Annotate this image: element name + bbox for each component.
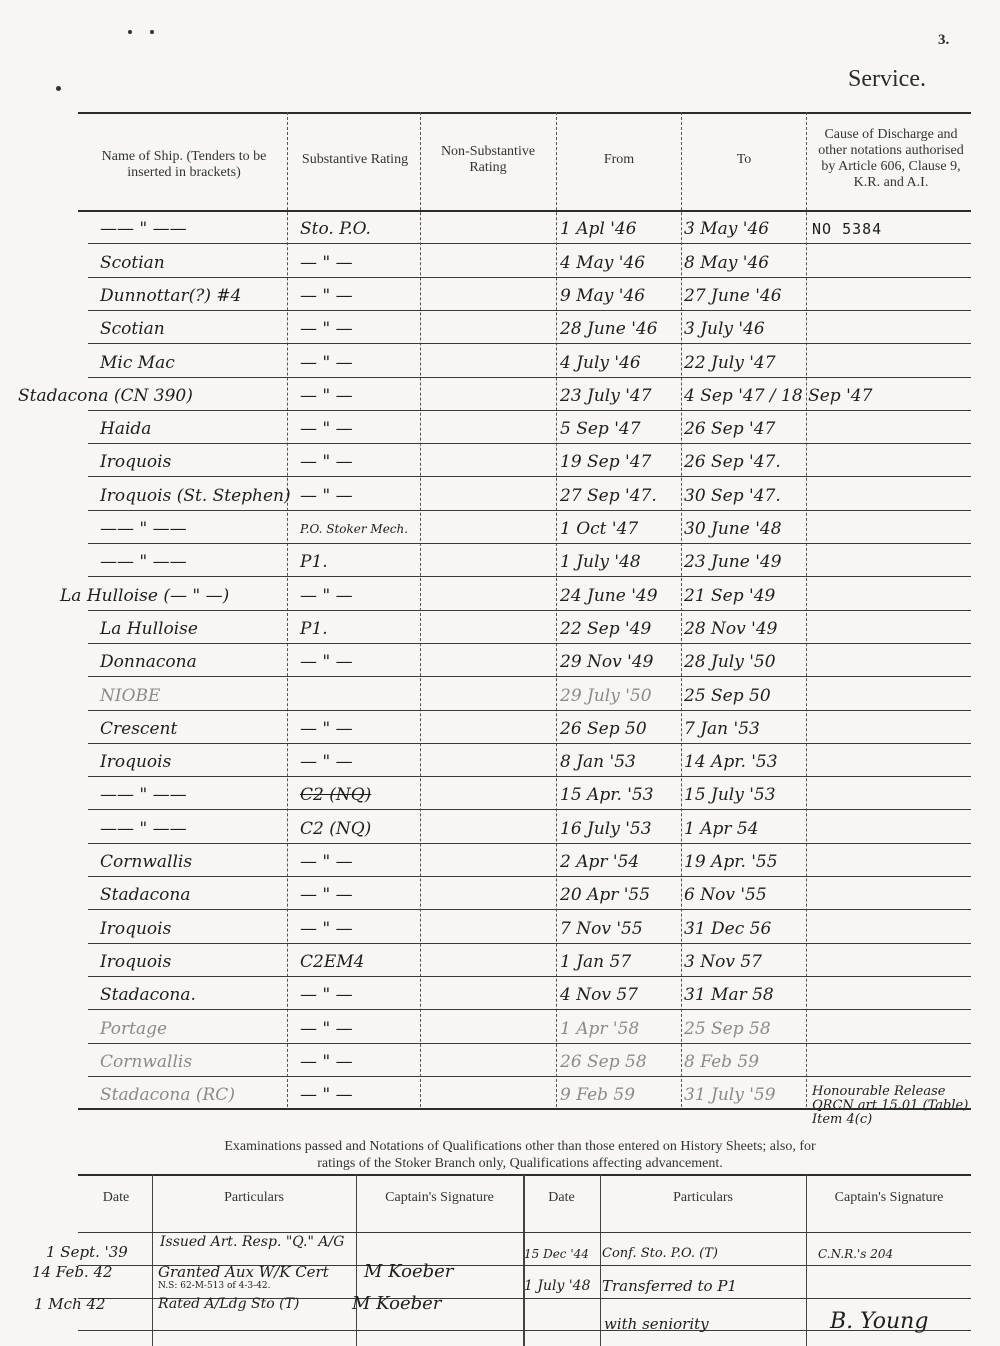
exam-right-date: 15 Dec '44 (524, 1244, 589, 1264)
exam-header-signature-left: Captain's Signature (356, 1186, 523, 1210)
exam-left-particulars: Rated A/Ldg Sto (T) (158, 1294, 299, 1314)
exam-header-signature-right: Captain's Signature (806, 1186, 972, 1210)
exam-right-particulars: Transferred to P1 (602, 1276, 737, 1296)
exam-right-date: 1 July '48 (524, 1276, 591, 1296)
exam-right-particulars: Conf. Sto. P.O. (T) (602, 1244, 718, 1264)
exam-right-signature: C.N.R.'s 204 (818, 1244, 893, 1264)
exam-left-particulars: Issued Art. Resp. "Q." A/G (160, 1232, 344, 1252)
exam-header-date-left: Date (80, 1186, 152, 1210)
exam-header-date-right: Date (523, 1186, 600, 1210)
exam-right-particulars-2: with seniority (604, 1314, 709, 1334)
exam-left-date: 14 Feb. 42 (32, 1262, 113, 1282)
exam-header-particulars-left: Particulars (152, 1186, 356, 1210)
exam-left-particulars-sub: N.S: 62-M-513 of 4-3-42. (158, 1281, 270, 1291)
exam-left-signature: M Koeber (352, 1294, 441, 1314)
exam-left-date: 1 Sept. '39 (46, 1242, 128, 1262)
exam-table: Date Particulars Captain's Signature Dat… (0, 0, 1000, 1346)
exam-left-date: 1 Mch 42 (34, 1294, 106, 1314)
exam-left-signature: M Koeber (364, 1262, 453, 1282)
exam-left-particulars: Granted Aux W/K Cert (158, 1262, 329, 1282)
exam-header-particulars-right: Particulars (600, 1186, 806, 1210)
exam-right-signature: B. Young (830, 1312, 928, 1332)
